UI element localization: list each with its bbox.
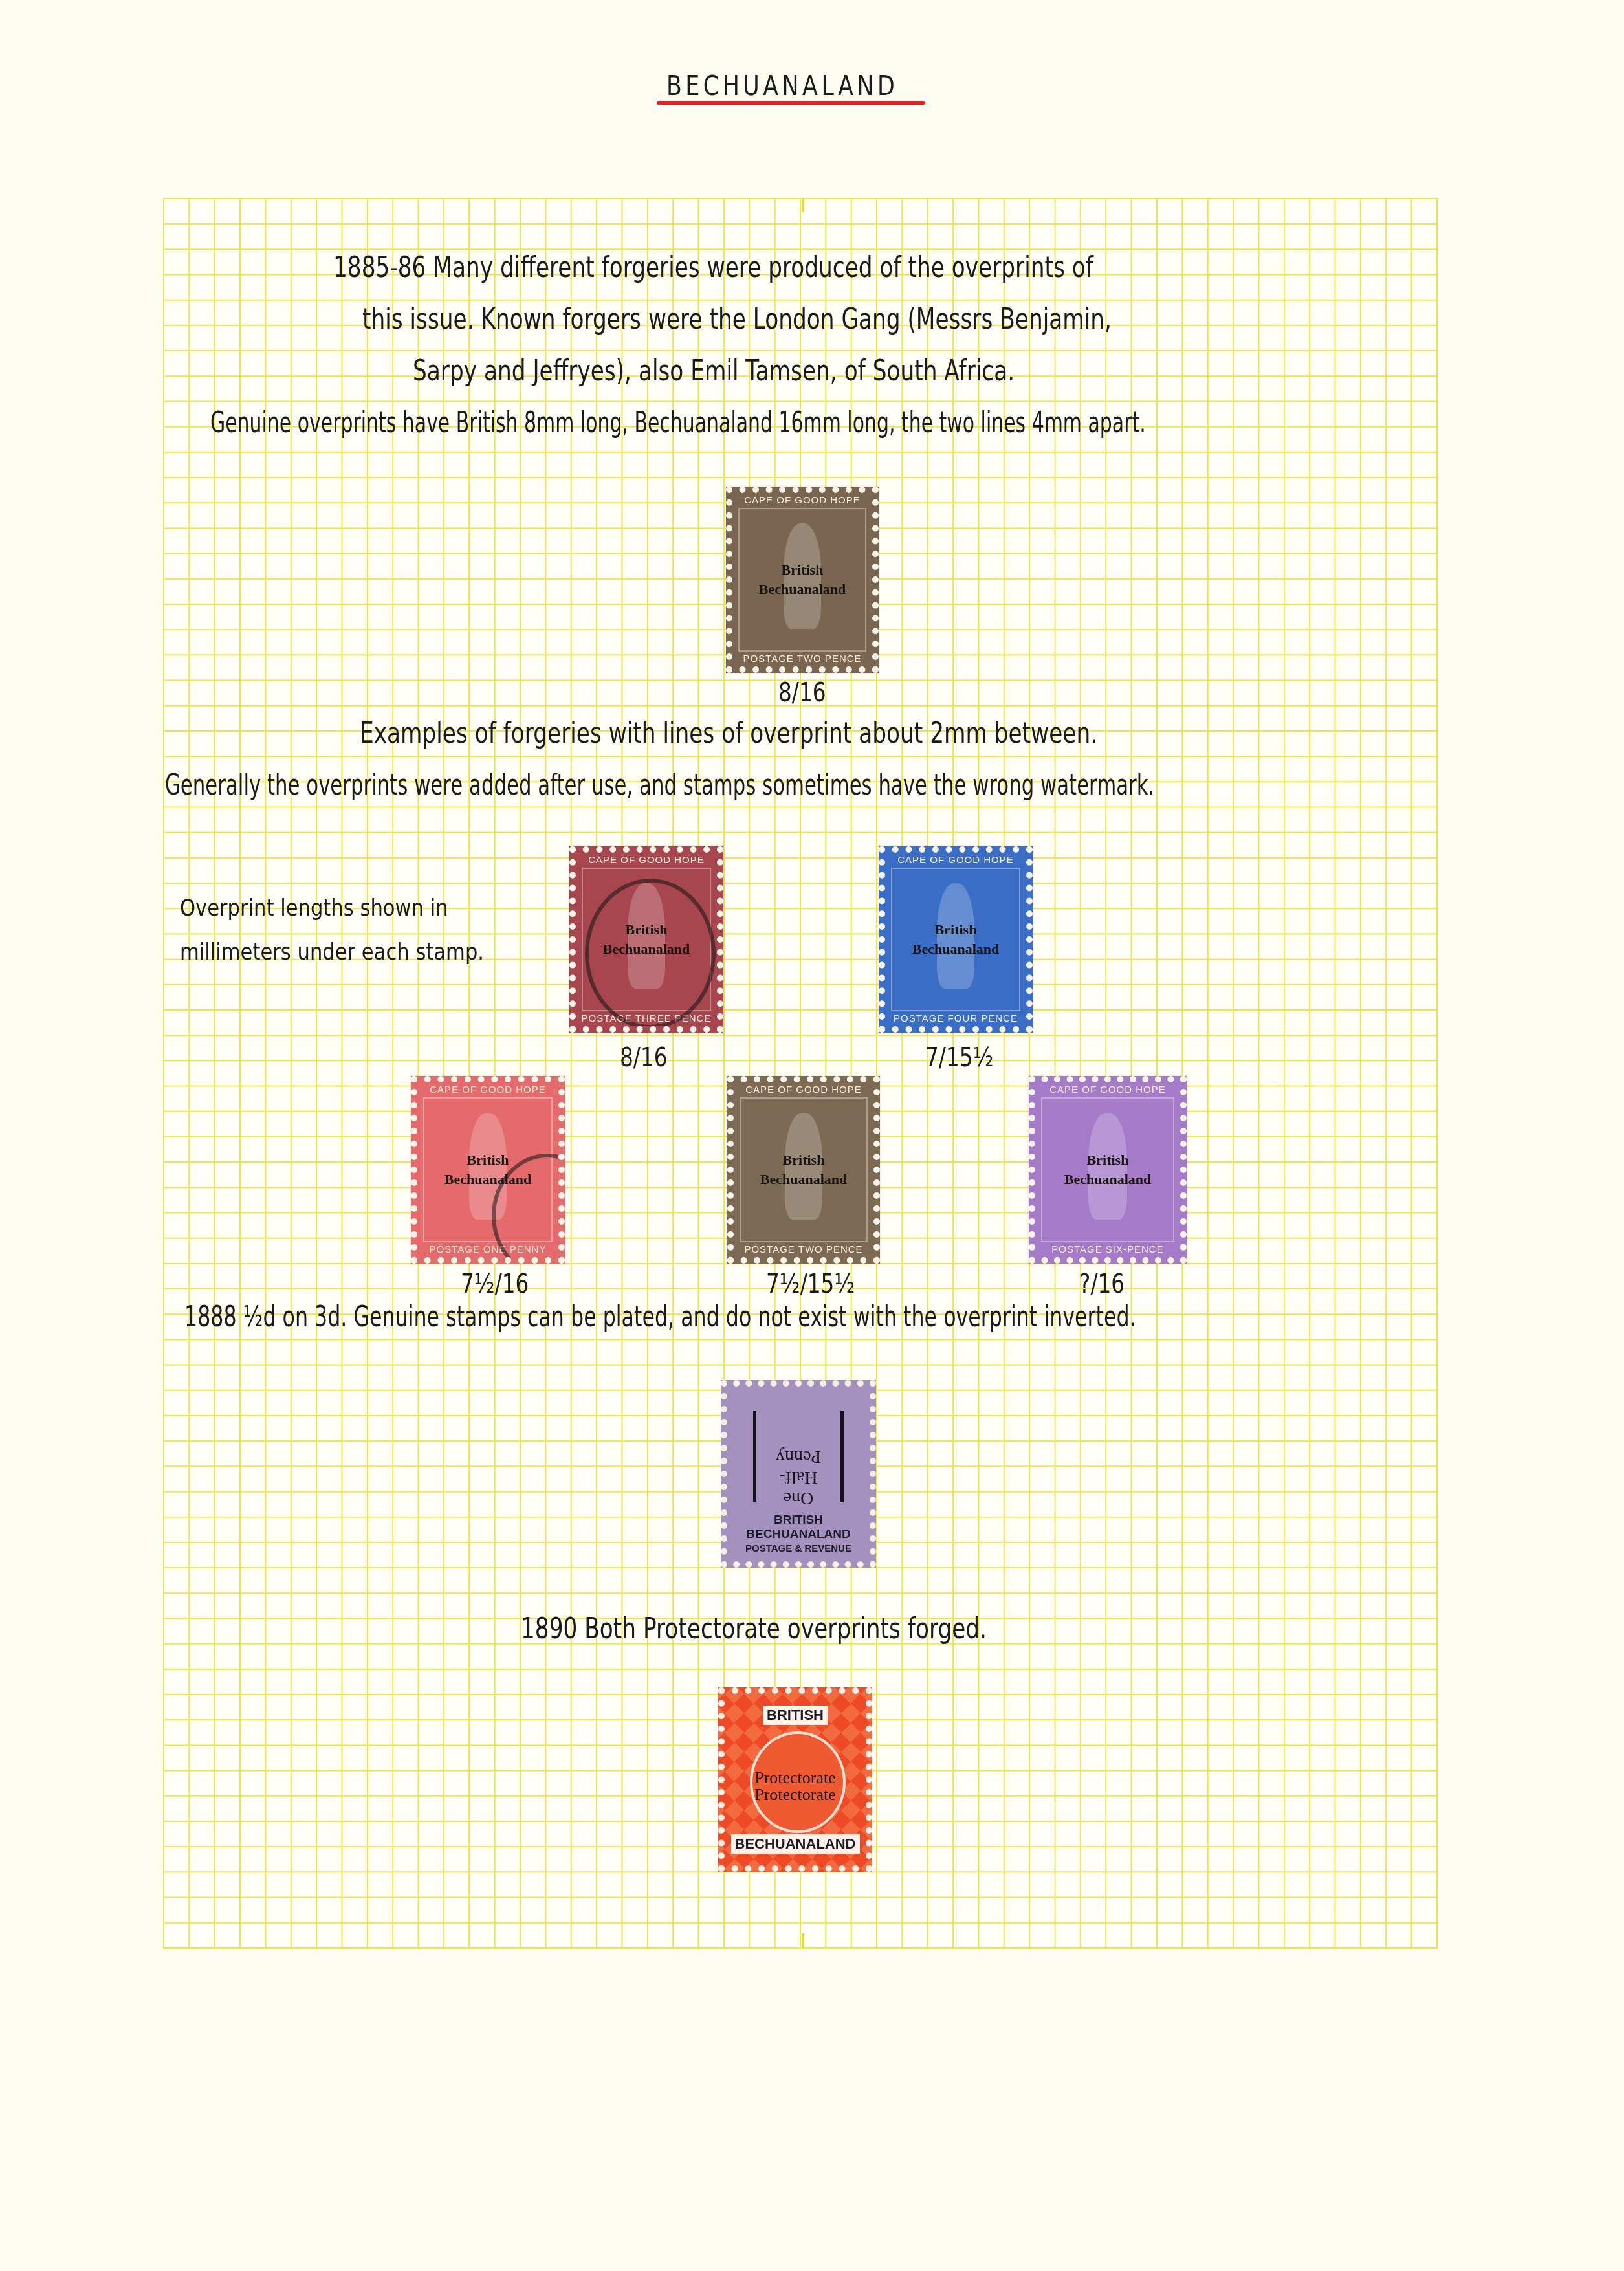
hope-figure: British Bechuanaland (891, 868, 1020, 1011)
overprint-line-1: British (467, 1150, 509, 1170)
overprint-line-1: British (782, 560, 824, 580)
forgery-stamp-4d: CAPE OF GOOD HOPE British Bechuanaland P… (879, 846, 1033, 1033)
overprint-bar-left (753, 1411, 756, 1502)
hope-figure: British Bechuanaland (1041, 1097, 1174, 1242)
overprint-line-1: British (783, 1150, 825, 1170)
genuine-stamp-2d: CAPE OF GOOD HOPE British Bechuanaland P… (726, 487, 879, 673)
stamp-top-text: CAPE OF GOOD HOPE (576, 853, 717, 868)
side-note: Overprint lengths shown in millimeters u… (180, 886, 484, 974)
top-overprint: BRITISH (763, 1706, 828, 1725)
section-1890-text: 1890 Both Protectorate overprints forged… (521, 1612, 987, 1645)
bottom-line-3: POSTAGE & REVENUE (745, 1542, 851, 1556)
bottom-line-1: BRITISH (745, 1513, 851, 1528)
intro-line-4: Genuine overprints have British 8mm long… (210, 406, 1146, 439)
stamp-top-text: CAPE OF GOOD HOPE (734, 1082, 873, 1097)
postmark (585, 879, 716, 1029)
intro-line-1: 1885-86 Many different forgeries were pr… (333, 251, 1093, 284)
title-underline (657, 101, 925, 105)
overprint-bar-right (840, 1411, 844, 1502)
stamp-top-text: CAPE OF GOOD HOPE (732, 493, 872, 508)
graph-paper-grid (163, 198, 1438, 1949)
forgeries-line-2: Generally the overprints were added afte… (165, 769, 1154, 802)
protectorate-overprint: Protectorate Protectorate (725, 1770, 866, 1803)
stamp-1888-half-on-3d: One Half- Penny BRITISH BECHUANALAND POS… (721, 1380, 876, 1568)
genuine-stamp-label: 8/16 (778, 678, 826, 708)
page-title: BECHUANALAND (666, 70, 898, 102)
stamp-bottom-text: POSTAGE TWO PENCE (732, 652, 872, 666)
overprint-line-1: British (1087, 1150, 1129, 1170)
center-tick-top (802, 198, 804, 212)
overprint-line-2: Bechuanaland (912, 939, 1000, 959)
forgery-stamp-1d: CAPE OF GOOD HOPE British Bechuanaland P… (411, 1076, 565, 1264)
bottom-line-2: BECHUANALAND (745, 1528, 851, 1542)
section-1888-text: 1888 ½d on 3d. Genuine stamps can be pla… (184, 1300, 1136, 1333)
surcharge-line-2: Half- (776, 1467, 821, 1487)
hope-figure: British Bechuanaland (738, 508, 866, 652)
stamp-bottom-text: POSTAGE TWO PENCE (734, 1242, 873, 1257)
protectorate-line-1: Protectorate (725, 1770, 866, 1786)
surcharge-line-3: Penny (776, 1446, 821, 1467)
stamp-top-text: CAPE OF GOOD HOPE (417, 1082, 558, 1097)
forgeries-line-1: Examples of forgeries with lines of over… (360, 717, 1097, 750)
forgery-label-5: ?/16 (1079, 1269, 1125, 1299)
bottom-overprint: BECHUANALAND (731, 1834, 860, 1854)
overprint-line-1: British (935, 920, 977, 939)
stamp-top-text: CAPE OF GOOD HOPE (1035, 1082, 1180, 1097)
intro-line-2: this issue. Known forgers were the Londo… (362, 303, 1112, 336)
center-tick-bottom (802, 1933, 804, 1947)
forgery-stamp-3d: CAPE OF GOOD HOPE British Bechuanaland P… (569, 846, 723, 1033)
stamp-1890-protectorate: BRITISH Protectorate Protectorate BECHUA… (718, 1687, 872, 1872)
intro-line-3: Sarpy and Jeffryes), also Emil Tamsen, o… (413, 355, 1015, 388)
overprint-line-2: Bechuanaland (760, 1170, 848, 1189)
stamp-top-text: CAPE OF GOOD HOPE (885, 853, 1026, 868)
stamp-bottom-text: POSTAGE FOUR PENCE (885, 1011, 1026, 1026)
protectorate-line-2: Protectorate (725, 1786, 866, 1803)
inverted-surcharge: One Half- Penny (776, 1446, 821, 1508)
forgery-label-1: 8/16 (620, 1043, 668, 1073)
overprint-line-2: Bechuanaland (1064, 1170, 1152, 1189)
forgery-label-3: 7½/16 (461, 1269, 529, 1299)
forgery-label-4: 7½/15½ (766, 1269, 855, 1299)
forgery-label-2: 7/15½ (925, 1043, 993, 1073)
surcharge-line-1: One (776, 1487, 821, 1508)
forgery-stamp-2d: CAPE OF GOOD HOPE British Bechuanaland P… (727, 1076, 880, 1264)
stamp-bottom-text: POSTAGE SIX-PENCE (1035, 1242, 1180, 1257)
overprint-line-2: Bechuanaland (759, 580, 846, 599)
stamp-bottom-text: BRITISH BECHUANALAND POSTAGE & REVENUE (745, 1513, 851, 1561)
hope-figure: British Bechuanaland (740, 1097, 868, 1242)
forgery-stamp-6d: CAPE OF GOOD HOPE British Bechuanaland P… (1029, 1076, 1187, 1264)
